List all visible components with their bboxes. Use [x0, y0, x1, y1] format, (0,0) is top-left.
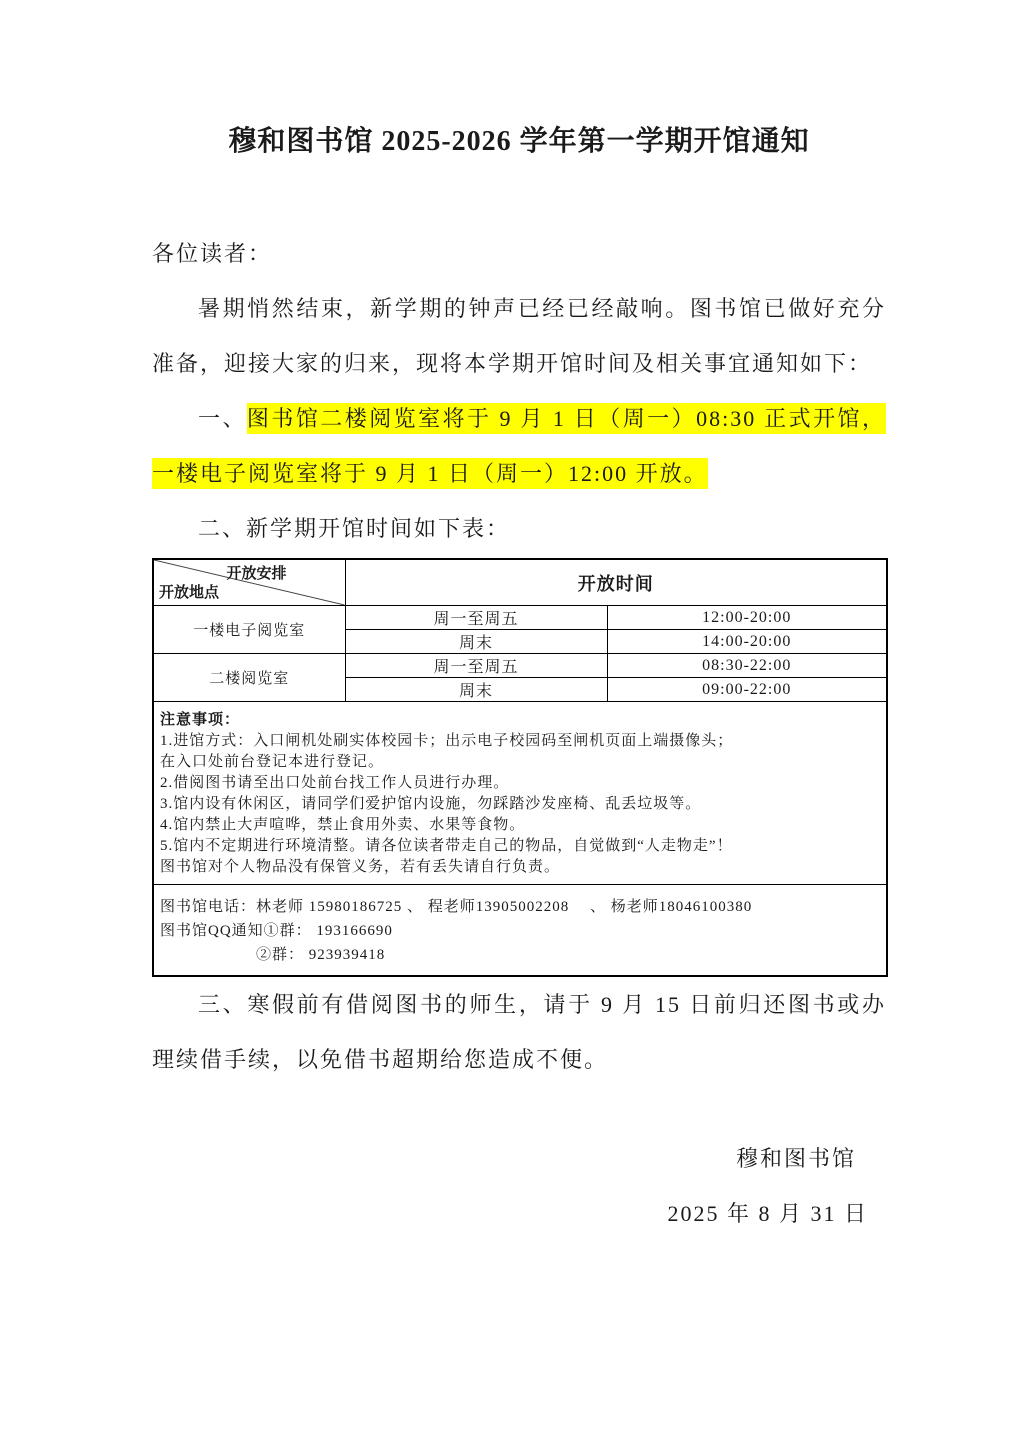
contact-row: 图书馆电话：林老师 15980186725 、 程老师13905002208 、…	[153, 885, 887, 977]
note-line: 图书馆对个人物品没有保管义务，若有丢失请自行负责。	[160, 857, 878, 878]
item3-paragraph: 三、寒假前有借阅图书的师生，请于 9 月 15 日前归还图书或办理续借手续，以免…	[152, 977, 886, 1087]
document-page: 穆和图书馆 2025-2026 学年第一学期开馆通知 各位读者： 暑期悄然结束，…	[0, 0, 1024, 1448]
item1-number: 一、	[198, 406, 247, 431]
note-line: 在入口处前台登记本进行登记。	[160, 752, 878, 773]
table-header-row: 开放安排 开放地点 开放时间	[153, 559, 887, 606]
column-header-open-time: 开放时间	[345, 559, 887, 606]
contact-qq1-line: 图书馆QQ通知①群： 193166690	[160, 919, 878, 943]
signature-name: 穆和图书馆	[152, 1131, 886, 1186]
note-line: 1.进馆方式：入口闸机处刷实体校园卡；出示电子校园码至闸机页面上端摄像头；	[160, 731, 878, 752]
location-cell-floor1: 一楼电子阅览室	[153, 606, 345, 654]
table-row: 二楼阅览室 周一至周五 08:30-22:00	[153, 654, 887, 678]
time-cell: 14:00-20:00	[607, 630, 887, 654]
days-cell: 周一至周五	[345, 606, 607, 630]
contact-cell: 图书馆电话：林老师 15980186725 、 程老师13905002208 、…	[153, 885, 887, 977]
highlighted-text: 图书馆二楼阅览室将于 9 月 1 日（周一）08:30 正式开馆，一楼电子阅览室…	[152, 403, 886, 489]
days-cell: 周末	[345, 630, 607, 654]
notes-cell: 注意事项： 1.进馆方式：入口闸机处刷实体校园卡；出示电子校园码至闸机页面上端摄…	[153, 702, 887, 885]
notes-title: 注意事项：	[160, 710, 878, 731]
diagonal-corner-cell: 开放安排 开放地点	[153, 559, 345, 606]
opening-hours-table: 开放安排 开放地点 开放时间 一楼电子阅览室 周一至周五 12:00-20:00…	[152, 558, 888, 977]
contact-phone-line: 图书馆电话：林老师 15980186725 、 程老师13905002208 、…	[160, 895, 878, 919]
contact-qq2-line: ②群： 923939418	[160, 943, 878, 967]
notes-row: 注意事项： 1.进馆方式：入口闸机处刷实体校园卡；出示电子校园码至闸机页面上端摄…	[153, 702, 887, 885]
days-cell: 周一至周五	[345, 654, 607, 678]
item1-paragraph: 一、图书馆二楼阅览室将于 9 月 1 日（周一）08:30 正式开馆，一楼电子阅…	[152, 391, 886, 501]
corner-label-location: 开放地点	[159, 581, 219, 602]
note-line: 5.馆内不定期进行环境清整。请各位读者带走自己的物品，自觉做到“人走物走”！	[160, 836, 878, 857]
signature-date: 2025 年 8 月 31 日	[152, 1186, 886, 1241]
time-cell: 12:00-20:00	[607, 606, 887, 630]
intro-paragraph: 暑期悄然结束，新学期的钟声已经已经敲响。图书馆已做好充分准备，迎接大家的归来，现…	[152, 281, 886, 391]
note-line: 2.借阅图书请至出口处前台找工作人员进行办理。	[160, 773, 878, 794]
signature-block: 穆和图书馆 2025 年 8 月 31 日	[152, 1131, 886, 1241]
page-title: 穆和图书馆 2025-2026 学年第一学期开馆通知	[152, 122, 886, 162]
corner-label-arrangement: 开放安排	[226, 562, 286, 583]
table-row: 一楼电子阅览室 周一至周五 12:00-20:00	[153, 606, 887, 630]
days-cell: 周末	[345, 678, 607, 702]
location-cell-floor2: 二楼阅览室	[153, 654, 345, 702]
salutation: 各位读者：	[152, 226, 886, 281]
note-line: 4.馆内禁止大声喧哗，禁止食用外卖、水果等食物。	[160, 815, 878, 836]
item2-paragraph: 二、新学期开馆时间如下表：	[152, 501, 886, 556]
document-body: 各位读者： 暑期悄然结束，新学期的钟声已经已经敲响。图书馆已做好充分准备，迎接大…	[152, 226, 886, 1087]
time-cell: 08:30-22:00	[607, 654, 887, 678]
time-cell: 09:00-22:00	[607, 678, 887, 702]
note-line: 3.馆内设有休闲区，请同学们爱护馆内设施，勿踩踏沙发座椅、乱丢垃圾等。	[160, 794, 878, 815]
